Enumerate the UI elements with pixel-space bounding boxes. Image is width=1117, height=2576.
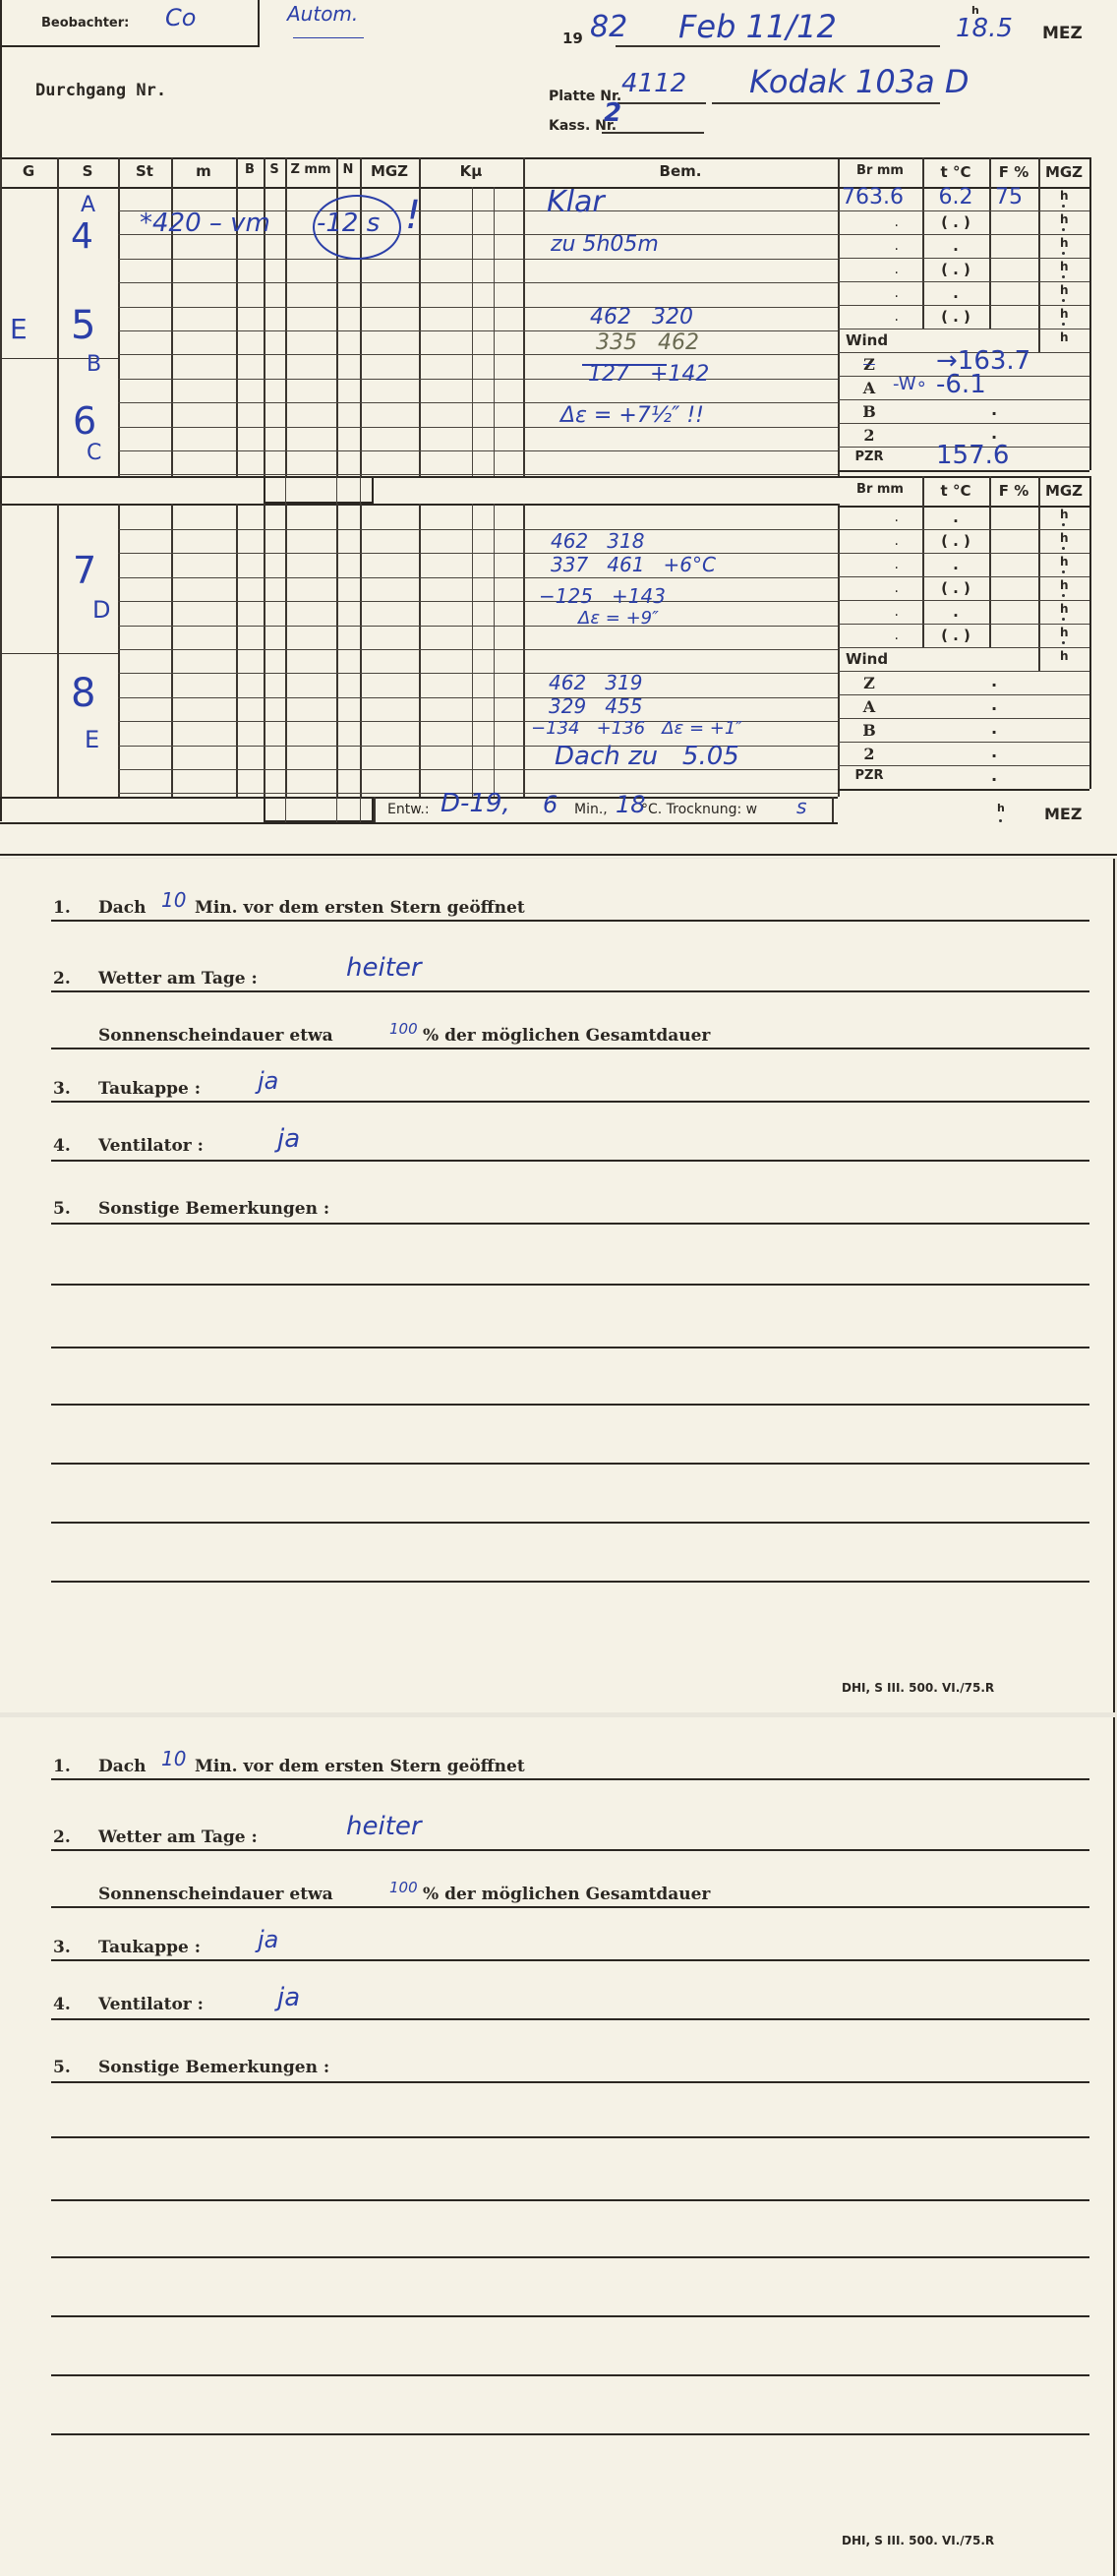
back-q3-num: 3.	[53, 1079, 71, 1099]
back-q1-post: Min. vor dem ersten Stern geöffnet	[195, 1757, 525, 1776]
kass-value[interactable]: 2	[604, 98, 621, 128]
met-mgz-cell: h	[1060, 602, 1069, 616]
date-underline	[616, 45, 940, 47]
form-code: DHI, S III. 500. VI./75.R	[842, 1681, 994, 1695]
mgz-dot	[1062, 275, 1065, 278]
foot-box	[264, 797, 374, 822]
remark-line[interactable]	[51, 1347, 1089, 1348]
bem-b-line-2: 337 461 +6°C	[551, 553, 716, 576]
entw-left-border	[374, 797, 376, 822]
mgz-dot	[1062, 618, 1065, 621]
card-right-edge	[1113, 1717, 1115, 2576]
entw-min-label: Min.,	[574, 802, 608, 817]
back-q4-label: Ventilator :	[98, 1995, 204, 2014]
grid-vline-sub	[494, 504, 495, 797]
met-top-border	[838, 157, 1089, 159]
remark-line[interactable]	[51, 1404, 1089, 1406]
entw-value[interactable]: D-19,	[441, 789, 510, 818]
bem-b-line-8: Dach zu 5.05	[555, 742, 739, 771]
zab-label: Z	[850, 674, 889, 692]
kass-underline	[602, 132, 704, 134]
grid-vline-sub	[494, 187, 495, 476]
grid-row-rule	[118, 529, 838, 530]
met-br-cell[interactable]: .	[842, 580, 918, 596]
write-line	[51, 1223, 1089, 1225]
met-vline	[1038, 476, 1040, 671]
met-header: MGZ	[1038, 163, 1089, 181]
met-row-rule	[838, 553, 1089, 554]
grid-vline	[336, 476, 337, 504]
grid-vline	[236, 157, 238, 476]
met-mgz-cell: h	[1060, 578, 1069, 592]
met-t-cell[interactable]: 6.2	[922, 185, 989, 210]
zab-value[interactable]: .	[991, 719, 997, 738]
met-br-cell[interactable]: .	[842, 309, 918, 325]
bem-line-1: Klar	[547, 185, 605, 219]
back-q1-post: Min. vor dem ersten Stern geöffnet	[195, 898, 525, 918]
remark-line[interactable]	[51, 2199, 1089, 2201]
wind-mgz: h	[1060, 649, 1069, 663]
footer-h: h	[997, 802, 1005, 814]
circled-note-text: -12 s	[317, 209, 380, 238]
zab-label: PZR	[850, 768, 889, 783]
grid-vline-sub	[472, 504, 473, 797]
wind-label: Wind	[846, 650, 888, 668]
zab-label: A	[850, 697, 889, 716]
s-mark-d: D	[92, 596, 110, 624]
back-q1-pre: Dach	[98, 898, 146, 918]
write-line	[51, 1959, 1089, 1961]
s-mark-6: 6	[73, 399, 96, 443]
back-q5-label: Sonstige Bemerkungen :	[98, 1199, 329, 1219]
back-sun-post: % der möglichen Gesamtdauer	[423, 1885, 710, 1904]
durchgang-label: Durchgang Nr.	[35, 81, 166, 100]
emulsion-underline	[712, 102, 940, 104]
entw-dry-value[interactable]: s	[796, 795, 806, 818]
met-br-cell[interactable]: .	[842, 533, 918, 549]
column-header: N	[336, 162, 360, 177]
met-mgz-cell: h	[1060, 626, 1069, 639]
write-line	[51, 2081, 1089, 2083]
entw-label: Entw.:	[387, 802, 430, 817]
back-q1-num: 1.	[53, 898, 71, 918]
observation-card-back-2: 1.Dach10Min. vor dem ersten Stern geöffn…	[0, 1717, 1115, 2576]
met-bottom-border	[838, 789, 1089, 791]
bem-b-line-6: 329 455	[549, 694, 642, 718]
met-br-cell[interactable]: .	[842, 557, 918, 572]
bem-line-5: 127 +142	[588, 362, 709, 387]
back-q2-value[interactable]: heiter	[346, 953, 422, 983]
met-row-rule	[838, 210, 1089, 211]
column-header: B	[236, 162, 264, 177]
met-row-rule	[838, 647, 1089, 648]
met-header: MGZ	[1038, 482, 1089, 500]
met-br-cell[interactable]: .	[842, 285, 918, 301]
zab-value[interactable]: .	[991, 672, 997, 690]
met-right-border	[1089, 157, 1091, 470]
met-t-cell[interactable]: .	[922, 556, 989, 573]
date-value[interactable]: Feb 11/12	[678, 8, 837, 45]
zab-value[interactable]: 157.6	[936, 441, 1009, 470]
mgz-dot	[1062, 641, 1065, 644]
bem-b-line-1: 462 318	[551, 529, 644, 553]
met-t-cell[interactable]: .	[922, 509, 989, 526]
met-header: t °C	[922, 163, 989, 181]
met-mgz-cell: h	[1060, 189, 1069, 203]
grid-vline	[171, 504, 173, 797]
back-sun-post: % der möglichen Gesamtdauer	[423, 1026, 710, 1046]
grid-vline	[118, 157, 120, 476]
back-q2-num: 2.	[53, 969, 71, 988]
write-line	[51, 1101, 1089, 1103]
met-vline	[989, 476, 991, 647]
grid-row-rule	[118, 307, 838, 308]
met-br-cell[interactable]: .	[842, 509, 918, 525]
met-row-rule	[838, 742, 1089, 743]
back-sun-value[interactable]: 100	[389, 1879, 418, 1896]
met-row-rule	[838, 718, 1089, 719]
wind-label: Wind	[846, 331, 888, 349]
grid-vline	[838, 504, 840, 797]
met-t-cell[interactable]: ( . )	[922, 627, 989, 644]
grid-row-rule	[118, 673, 838, 674]
met-row-rule	[838, 600, 1089, 601]
back-q1-num: 1.	[53, 1757, 71, 1776]
grid-hline	[0, 476, 838, 478]
back-q1-value[interactable]: 10	[161, 888, 186, 912]
grid-row-rule	[118, 577, 838, 578]
grid-vline	[360, 797, 361, 822]
grid-row-rule	[118, 354, 838, 355]
back-q5-num: 5.	[53, 1199, 71, 1219]
back-q1-pre: Dach	[98, 1757, 146, 1776]
met-row-rule	[838, 234, 1089, 235]
zab-label: Z	[850, 355, 889, 374]
met-header-border	[838, 506, 1089, 508]
year-prefix: 19	[562, 30, 583, 47]
observation-card-front: Beobachter: Co Autom. Durchgang Nr. 19 8…	[0, 0, 1117, 858]
grid-row-rule	[118, 649, 838, 650]
met-t-cell[interactable]: .	[922, 284, 989, 302]
met-br-cell[interactable]: .	[842, 604, 918, 620]
met-t-cell[interactable]: ( . )	[922, 213, 989, 231]
met-t-cell[interactable]: ( . )	[922, 308, 989, 326]
entw-temp-label: °C. Trocknung: w	[641, 802, 757, 817]
group-divider	[0, 653, 118, 654]
grid-vline	[419, 504, 421, 797]
back-q4-num: 4.	[53, 1995, 71, 2014]
met-row-rule	[838, 529, 1089, 530]
write-line	[51, 1778, 1089, 1780]
column-header: S	[57, 162, 118, 180]
remark-line[interactable]	[51, 1581, 1089, 1583]
grid-row-rule	[118, 379, 838, 380]
back-q2-label: Wetter am Tage :	[98, 1827, 258, 1847]
grid-vline	[236, 504, 238, 797]
time-zone: MEZ	[1042, 24, 1083, 43]
zab-label: B	[850, 721, 889, 740]
emulsion-value[interactable]: Kodak 103a D	[749, 63, 970, 100]
grid-row-rule	[118, 450, 838, 451]
mid-box	[264, 476, 374, 504]
back-q2-value[interactable]: heiter	[346, 1812, 422, 1841]
year-value[interactable]: 82	[590, 10, 627, 44]
back-sun-pre: Sonnenscheindauer etwa	[98, 1026, 333, 1046]
column-header: Bem.	[523, 162, 838, 180]
write-line	[51, 920, 1089, 922]
met-mgz-cell: h	[1060, 283, 1069, 297]
grid-vline	[336, 504, 338, 797]
write-line	[51, 1160, 1089, 1162]
bem-line-2: zu 5h05m	[551, 232, 659, 257]
met-vline	[1038, 157, 1040, 352]
met-top-border	[838, 476, 1089, 478]
grid-vline	[264, 504, 265, 797]
s-mark-b: B	[87, 352, 101, 377]
column-header: G	[0, 162, 57, 180]
mgz-dot	[1062, 205, 1065, 208]
card-right-edge	[1113, 859, 1115, 1712]
met-mgz-cell: h	[1060, 260, 1069, 273]
grid-vline	[360, 504, 362, 797]
grid-vline	[523, 157, 525, 476]
met-row-rule	[838, 671, 1089, 672]
remark-line[interactable]	[51, 2374, 1089, 2376]
remark-line[interactable]	[51, 1463, 1089, 1465]
grid-vline	[838, 157, 840, 476]
back-q4-value[interactable]: ja	[277, 1124, 300, 1154]
auto-underline	[293, 37, 364, 38]
zab-value[interactable]: .	[991, 695, 997, 714]
mgz-dot	[1062, 547, 1065, 550]
met-row-rule	[838, 576, 1089, 577]
mgz-dot	[1062, 228, 1065, 231]
bem-line-6: Δε = +7½″ !!	[560, 403, 704, 428]
back-q3-value[interactable]: ja	[258, 1926, 278, 1953]
observer-box	[0, 0, 260, 47]
met-mgz-cell: h	[1060, 236, 1069, 250]
entw-right-border	[832, 797, 834, 822]
grid-row-rule	[118, 697, 838, 698]
back-q2-num: 2.	[53, 1827, 71, 1847]
footer-mez: MEZ	[1044, 805, 1082, 823]
met-t-cell[interactable]: ( . )	[922, 261, 989, 278]
met-br-cell[interactable]: 763.6	[842, 185, 918, 210]
met-t-cell[interactable]: .	[922, 603, 989, 621]
bem-b-line-4: Δε = +9″	[578, 608, 659, 629]
met-br-cell[interactable]: .	[842, 214, 918, 230]
wind-mgz: h	[1060, 330, 1069, 344]
grid-vline	[0, 504, 2, 797]
bem-b-line-3: −125 +143	[539, 584, 666, 608]
card-bottom-edge	[0, 854, 1117, 856]
met-header: Br mm	[838, 482, 922, 497]
column-header: m	[171, 162, 236, 180]
grid-row-rule	[118, 626, 838, 627]
met-br-cell[interactable]: .	[842, 262, 918, 277]
grid-hline	[0, 797, 838, 799]
form-code: DHI, S III. 500. VI./75.R	[842, 2534, 994, 2547]
zab-value[interactable]: .	[991, 400, 997, 419]
met-mgz-cell: h	[1060, 555, 1069, 569]
back-q5-num: 5.	[53, 2058, 71, 2077]
s-mark-e: E	[85, 726, 99, 753]
group-g-mark: E	[10, 313, 28, 345]
met-mgz-cell: h	[1060, 212, 1069, 226]
grid-vline	[57, 504, 59, 797]
zab-label: A	[850, 379, 889, 397]
met-right-border	[1089, 476, 1091, 789]
back-q3-num: 3.	[53, 1938, 71, 1957]
mgz-dot	[1062, 299, 1065, 302]
mgz-dot	[1062, 570, 1065, 573]
write-line	[51, 1849, 1089, 1851]
footer-h-dot	[999, 819, 1002, 822]
column-header: S	[264, 162, 285, 177]
met-br-cell[interactable]: .	[842, 238, 918, 254]
write-line	[51, 990, 1089, 992]
mgz-dot	[1062, 323, 1065, 326]
met-t-cell[interactable]: ( . )	[922, 532, 989, 550]
grid-row-rule	[118, 330, 838, 331]
zab-label: 2	[850, 745, 889, 763]
row-note-excl: !	[405, 193, 421, 238]
met-row-rule	[838, 258, 1089, 259]
grid-row-rule	[118, 553, 838, 554]
met-header: t °C	[922, 482, 989, 500]
grid-vline-sub	[472, 187, 473, 476]
row-note: *420 – vm	[140, 209, 270, 238]
met-br-cell[interactable]: .	[842, 628, 918, 643]
s-mark-4: 4	[71, 216, 93, 257]
zab-value[interactable]: -6.1	[936, 370, 986, 399]
met-mgz-cell: h	[1060, 307, 1069, 321]
met-row-rule	[838, 423, 1089, 424]
back-q4-label: Ventilator :	[98, 1136, 204, 1156]
met-header: Br mm	[838, 163, 922, 178]
s-mark-a: A	[81, 193, 95, 217]
auto-note: Autom.	[287, 2, 358, 26]
observation-card-back-1: 1.Dach10Min. vor dem ersten Stern geöffn…	[0, 859, 1115, 1712]
zab-label: 2	[850, 426, 889, 445]
grid-vline	[285, 504, 287, 797]
grid-vline	[336, 797, 337, 822]
grid-vline	[0, 157, 2, 476]
grid-row-rule	[118, 427, 838, 428]
grid-hline	[0, 822, 838, 824]
remark-line[interactable]	[51, 2315, 1089, 2317]
back-sun-pre: Sonnenscheindauer etwa	[98, 1885, 333, 1904]
remark-line[interactable]	[51, 1522, 1089, 1524]
met-mgz-cell: h	[1060, 508, 1069, 521]
met-mgz-cell: h	[1060, 531, 1069, 545]
remark-line[interactable]	[51, 1284, 1089, 1286]
bem-line-4: 335 462	[596, 330, 699, 355]
back-q4-value[interactable]: ja	[277, 1983, 300, 2012]
met-bottom-border	[838, 470, 1089, 472]
mgz-dot	[1062, 594, 1065, 597]
grid-vline	[523, 504, 525, 797]
met-row-rule	[838, 624, 1089, 625]
write-line	[51, 1048, 1089, 1049]
back-q3-label: Taukappe :	[98, 1938, 201, 1957]
zab-prefix: -W∘	[893, 374, 927, 394]
grid-vline	[285, 797, 286, 822]
grid-row-rule	[118, 259, 838, 260]
grid-vline	[57, 157, 59, 476]
entw-min-value[interactable]: 6	[543, 791, 558, 818]
back-q4-num: 4.	[53, 1136, 71, 1156]
back-q3-value[interactable]: ja	[258, 1067, 278, 1095]
met-vline	[989, 157, 991, 329]
met-f-cell[interactable]: 75	[995, 185, 1023, 210]
write-line	[51, 2018, 1089, 2020]
zab-value[interactable]: .	[991, 743, 997, 761]
remark-line[interactable]	[51, 2256, 1089, 2258]
grid-vline	[171, 157, 173, 476]
met-t-cell[interactable]: .	[922, 237, 989, 255]
met-row-rule	[838, 281, 1089, 282]
back-q5-label: Sonstige Bemerkungen :	[98, 2058, 329, 2077]
met-t-cell[interactable]: ( . )	[922, 579, 989, 597]
met-row-rule	[838, 765, 1089, 766]
s-mark-7: 7	[73, 549, 96, 592]
grid-vline	[360, 476, 361, 504]
met-header: F %	[989, 163, 1038, 181]
column-header: Z mm	[285, 162, 336, 177]
s-mark-5: 5	[71, 303, 95, 348]
time-sup: h	[971, 4, 979, 17]
met-row-rule	[838, 399, 1089, 400]
bem-b-line-5: 462 319	[549, 671, 642, 694]
grid-row-rule	[118, 402, 838, 403]
back-sun-value[interactable]: 100	[389, 1020, 418, 1038]
s-mark-c: C	[87, 441, 101, 465]
grid-vline	[285, 476, 286, 504]
back-q3-label: Taukappe :	[98, 1079, 201, 1099]
grid-vline	[264, 157, 265, 476]
grid-vline	[285, 157, 287, 476]
met-header: F %	[989, 482, 1038, 500]
observer-label: Beobachter:	[41, 16, 129, 30]
met-row-rule	[838, 694, 1089, 695]
remark-line[interactable]	[51, 2136, 1089, 2138]
s-mark-8: 8	[71, 671, 95, 716]
platte-value[interactable]: 4112	[621, 69, 686, 98]
zab-label: B	[850, 402, 889, 421]
bem-line-3: 462 320	[590, 305, 693, 329]
time-value[interactable]: 18.5	[956, 14, 1013, 43]
column-header: St	[118, 162, 171, 180]
mgz-dot	[1062, 252, 1065, 255]
grid-row-rule	[118, 474, 838, 475]
grid-vline	[118, 504, 120, 797]
platte-underline	[617, 102, 706, 104]
zab-label: PZR	[850, 449, 889, 464]
zab-value[interactable]: .	[991, 766, 997, 785]
back-q1-value[interactable]: 10	[161, 1747, 186, 1770]
remark-line[interactable]	[51, 2433, 1089, 2435]
write-line	[51, 1906, 1089, 1908]
grid-row-rule	[118, 282, 838, 283]
met-row-rule	[838, 329, 1089, 329]
column-header: MGZ	[360, 162, 419, 180]
back-q2-label: Wetter am Tage :	[98, 969, 258, 988]
met-row-rule	[838, 305, 1089, 306]
mgz-dot	[1062, 523, 1065, 526]
observer-value[interactable]: Co	[165, 4, 196, 31]
column-header: Kμ	[419, 162, 523, 180]
